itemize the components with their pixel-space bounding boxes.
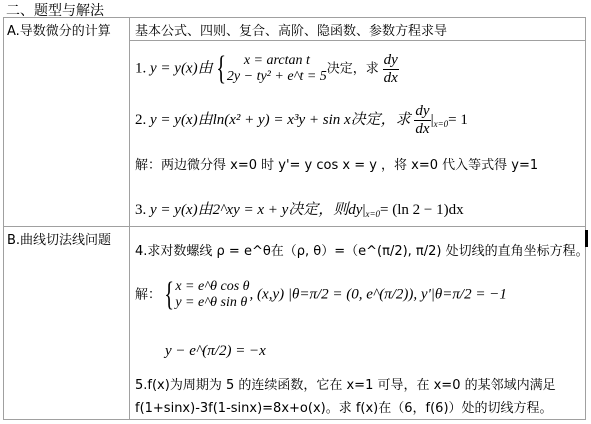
problem-3-eval: x=0 bbox=[365, 209, 380, 219]
tangent-equation: y − e^(π/2) = −x bbox=[165, 343, 266, 360]
row-header-topics: 基本公式、四则、复合、高阶、隐函数、参数方程求导 bbox=[135, 20, 447, 39]
problem-2-prefix: 2. bbox=[135, 112, 150, 128]
problem-4: 4.求对数螺线 ρ = e^θ在（ρ, θ）=（e^(π/2), π/2) 处切… bbox=[135, 240, 589, 259]
left-brace-icon: { bbox=[164, 278, 174, 312]
table-border-left bbox=[3, 17, 4, 420]
problem-1-suffix: 决定，求 bbox=[327, 61, 379, 76]
left-brace-icon: { bbox=[216, 52, 226, 86]
table-border-right bbox=[585, 17, 586, 420]
problem-1-lhs: y = y(x)由 bbox=[150, 60, 213, 76]
problem-1-system: x = arctan t2y − ty² + e^t = 5 bbox=[227, 53, 327, 85]
problem-5-line-1: 5.f(x)为周期为 5 的连续函数，它在 x=1 可导，在 x=0 的某邻域内… bbox=[135, 374, 556, 393]
solution-4-tail: , (x,y) |θ=π/2 = (0, e^(π/2)), y'|θ=π/2 … bbox=[250, 286, 507, 302]
problem-2-result: = 1 bbox=[448, 112, 468, 128]
problem-3-body: y = y(x)由2^xy = x + y决定，则dy bbox=[150, 202, 362, 218]
problem-2-body: y = y(x)由ln(x² + y) = x³y + sin x决定，求 bbox=[150, 112, 411, 128]
problem-2-fraction: dydx bbox=[414, 104, 430, 137]
solution-4-prefix: 解： bbox=[135, 287, 161, 302]
header-row-divider bbox=[129, 40, 586, 41]
problem-3: 3. y = y(x)由2^xy = x + y决定，则dy|x=0= (ln … bbox=[135, 198, 464, 219]
system-eq-1: x = arctan t bbox=[227, 53, 327, 69]
solution-2: 解：两边微分得 x=0 时 y'= y cos x = y ，将 x=0 代入等… bbox=[135, 154, 538, 173]
row-label-derivatives: A.导数微分的计算 bbox=[7, 20, 111, 39]
problem-2: 2. y = y(x)由ln(x² + y) = x³y + sin x决定，求… bbox=[135, 104, 468, 137]
table-border-top bbox=[3, 17, 586, 18]
problem-3-result: = (ln 2 − 1)dx bbox=[380, 202, 464, 218]
text-cursor bbox=[585, 230, 588, 247]
problem-5-line-2: f(1+sinx)-3f(1-sinx)=8x+o(x)。求 f(x)在（6，f… bbox=[135, 397, 553, 416]
table-border-bottom bbox=[3, 419, 586, 420]
solution-4: 解：{x = e^θ cos θy = e^θ sin θ, (x,y) |θ=… bbox=[135, 278, 507, 312]
row-label-tangent-lines: B.曲线切法线问题 bbox=[7, 229, 111, 248]
system-eq-2: y = e^θ sin θ bbox=[175, 295, 249, 311]
problem-1: 1. y = y(x)由{x = arctan t2y − ty² + e^t … bbox=[135, 52, 399, 86]
problem-2-eval: x=0 bbox=[434, 119, 449, 129]
system-eq-1: x = e^θ cos θ bbox=[175, 279, 249, 295]
system-eq-2: 2y − ty² + e^t = 5 bbox=[227, 69, 327, 85]
problem-1-prefix: 1. bbox=[135, 60, 150, 76]
section-divider bbox=[3, 226, 586, 227]
solution-4-system: x = e^θ cos θy = e^θ sin θ bbox=[175, 279, 249, 311]
problem-1-fraction: dydx bbox=[383, 53, 399, 86]
problem-3-prefix: 3. bbox=[135, 202, 150, 218]
column-divider bbox=[129, 17, 130, 420]
